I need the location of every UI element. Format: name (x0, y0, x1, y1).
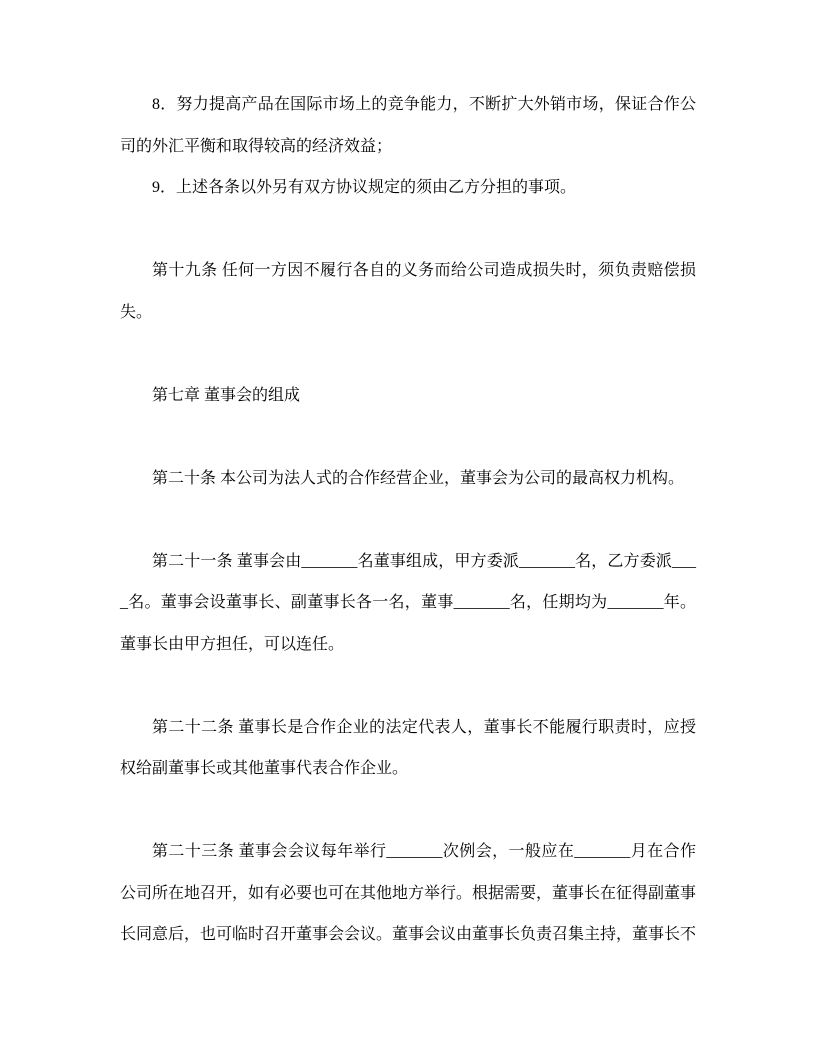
chapter-7-heading: 第七章 董事会的组成 (120, 375, 696, 417)
article-20-paragraph: 第二十条 本公司为法人式的合作经营企业，董事会为公司的最高权力机构。 (120, 458, 696, 500)
article-19-paragraph: 第十九条 任何一方因不履行各自的义务而给公司造成损失时，须负责赔偿损失。 (120, 250, 696, 333)
clause-9-paragraph: 9．上述各条以外另有双方协议规定的须由乙方分担的事项。 (120, 167, 696, 209)
article-22-paragraph: 第二十二条 董事长是合作企业的法定代表人，董事长不能履行职责时，应授权给副董事长… (120, 707, 696, 790)
article-23-paragraph: 第二十三条 董事会会议每年举行_______次例会，一般应在_______月在合… (120, 831, 696, 956)
document-page: 8．努力提高产品在国际市场上的竞争能力，不断扩大外销市场，保证合作公司的外汇平衡… (0, 0, 816, 1056)
article-21-paragraph: 第二十一条 董事会由_______名董事组成，甲方委派_______名，乙方委派… (120, 541, 696, 666)
clause-8-paragraph: 8．努力提高产品在国际市场上的竞争能力，不断扩大外销市场，保证合作公司的外汇平衡… (120, 84, 696, 167)
